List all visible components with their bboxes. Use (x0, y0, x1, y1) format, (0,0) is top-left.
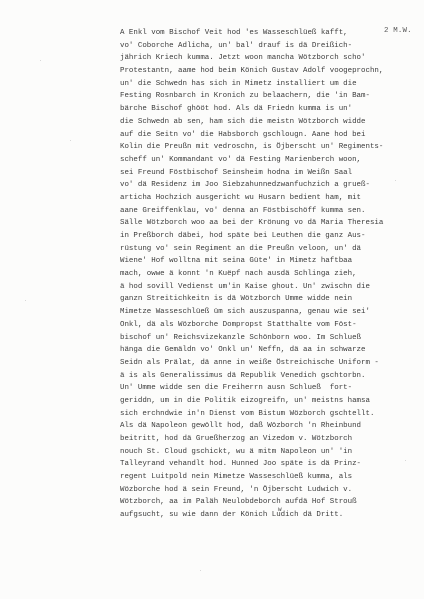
text-line: ä is als Generalissimus dä Republik Vene… (120, 370, 383, 383)
text-line: vo' Coborche Adlicha, un' bal' drauf is … (120, 40, 383, 53)
text-line: bischof un' Reichsvizekanzle Schönborn w… (120, 332, 383, 345)
text-line: geriddn, um in die Politik eizogreifn, u… (120, 395, 383, 408)
text-line: sei Freund Föstbischof Seinsheim hodna i… (120, 167, 383, 180)
text-line: die Schwedn ab sen, ham sich die meistn … (120, 116, 383, 129)
text-line: mach, owwe ä konnt 'n Kuëpf nach ausdä S… (120, 268, 383, 281)
document-page: 2 M.W. A Enkl vom Bischof Veit hod 'es W… (0, 0, 424, 599)
text-line: jährich Kriech kumma. Jetzt woon mancha … (120, 52, 383, 65)
text-line: Seidn als Prälat, dä anne in weiße Östre… (120, 357, 383, 370)
text-line: sich erchndwie in'n Dienst vom Bistum Wö… (120, 408, 383, 421)
text-line: nouch St. Cloud gschickt, wu ä mitm Napo… (120, 446, 383, 459)
text-line: Sälle Wötzborch woo aa bei der Krönung v… (120, 217, 383, 230)
page-number: 2 M.W. (384, 27, 412, 35)
text-line: bärche Bischof ghööt hod. Als dä Friedn … (120, 103, 383, 116)
scan-speck (70, 140, 71, 141)
text-line: scheff un' Kommandant vo' dä Festing Mar… (120, 154, 383, 167)
text-line: ä hod sovill Vedienst um'in Kaise ghout.… (120, 281, 383, 294)
text-line: aufgsucht, su wie dann der Könich Ludich… (120, 509, 383, 522)
text-line: aane Greiffenklau, vo' denna an Föstbisc… (120, 205, 383, 218)
text-line: Wötzborch, aa im Paläh Neulobdeborch auf… (120, 496, 383, 509)
text-line: Als dä Napoleon gewöllt hod, daß Wözborc… (120, 420, 383, 433)
text-line: regent Luitpold nein Mimetze Wasseschlüe… (120, 471, 383, 484)
typed-correction-superscript: w (278, 506, 282, 513)
text-line: Mimetze Wasseschlüeß üm sich auszuspanna… (120, 306, 383, 319)
text-line: Festing Rosnbarch in Kronich zu belaache… (120, 90, 383, 103)
scan-speck (200, 570, 201, 571)
text-line: articha Hochzich ausgericht wu Husarn be… (120, 192, 383, 205)
text-line: Wözborche hod ä sein Freund, 'n Öjbersch… (120, 484, 383, 497)
text-line: un' die Schwedn has sich in Mimetz insta… (120, 78, 383, 91)
text-line: vo' dä Residenz im Joo Siebzahunnedzwanf… (120, 179, 383, 192)
scan-speck (25, 300, 26, 301)
text-line: auf die Seitn vo' die Habsborch gschloug… (120, 129, 383, 142)
text-line: Onkl, dä als Wözborche Dompropst Stattha… (120, 319, 383, 332)
text-line: A Enkl vom Bischof Veit hod 'es Wassesch… (120, 27, 383, 40)
text-line: in Preßborch däbei, hod späte bei Leuthe… (120, 230, 383, 243)
text-line: Un' Umme widde sen die Freiherrn ausn Sc… (120, 382, 383, 395)
text-line: Wiene' Hof wolltna mit seina Güte' in Mi… (120, 255, 383, 268)
text-line: hänga die Gemäldn vo' Onkl un' Neffn, dä… (120, 344, 383, 357)
text-line: rüstung vo' sein Regiment an die Preußn … (120, 243, 383, 256)
text-line: Kolin die Preußn mit vedroschn, is Öjber… (120, 141, 383, 154)
scan-speck (405, 460, 406, 461)
text-line: ganzn Streitichkeitn is dä Wötzborch Umm… (120, 293, 383, 306)
text-line: beitritt, hod dä Grueßherzog an Vizedom … (120, 433, 383, 446)
text-line: Protestantn, aame hod beim Könich Gustav… (120, 65, 383, 78)
scan-speck (395, 180, 396, 181)
typewritten-body: A Enkl vom Bischof Veit hod 'es Wassesch… (120, 27, 383, 522)
text-line: Talleyrand vehandlt hod. Hunned Joo spät… (120, 458, 383, 471)
scan-speck (40, 60, 41, 61)
